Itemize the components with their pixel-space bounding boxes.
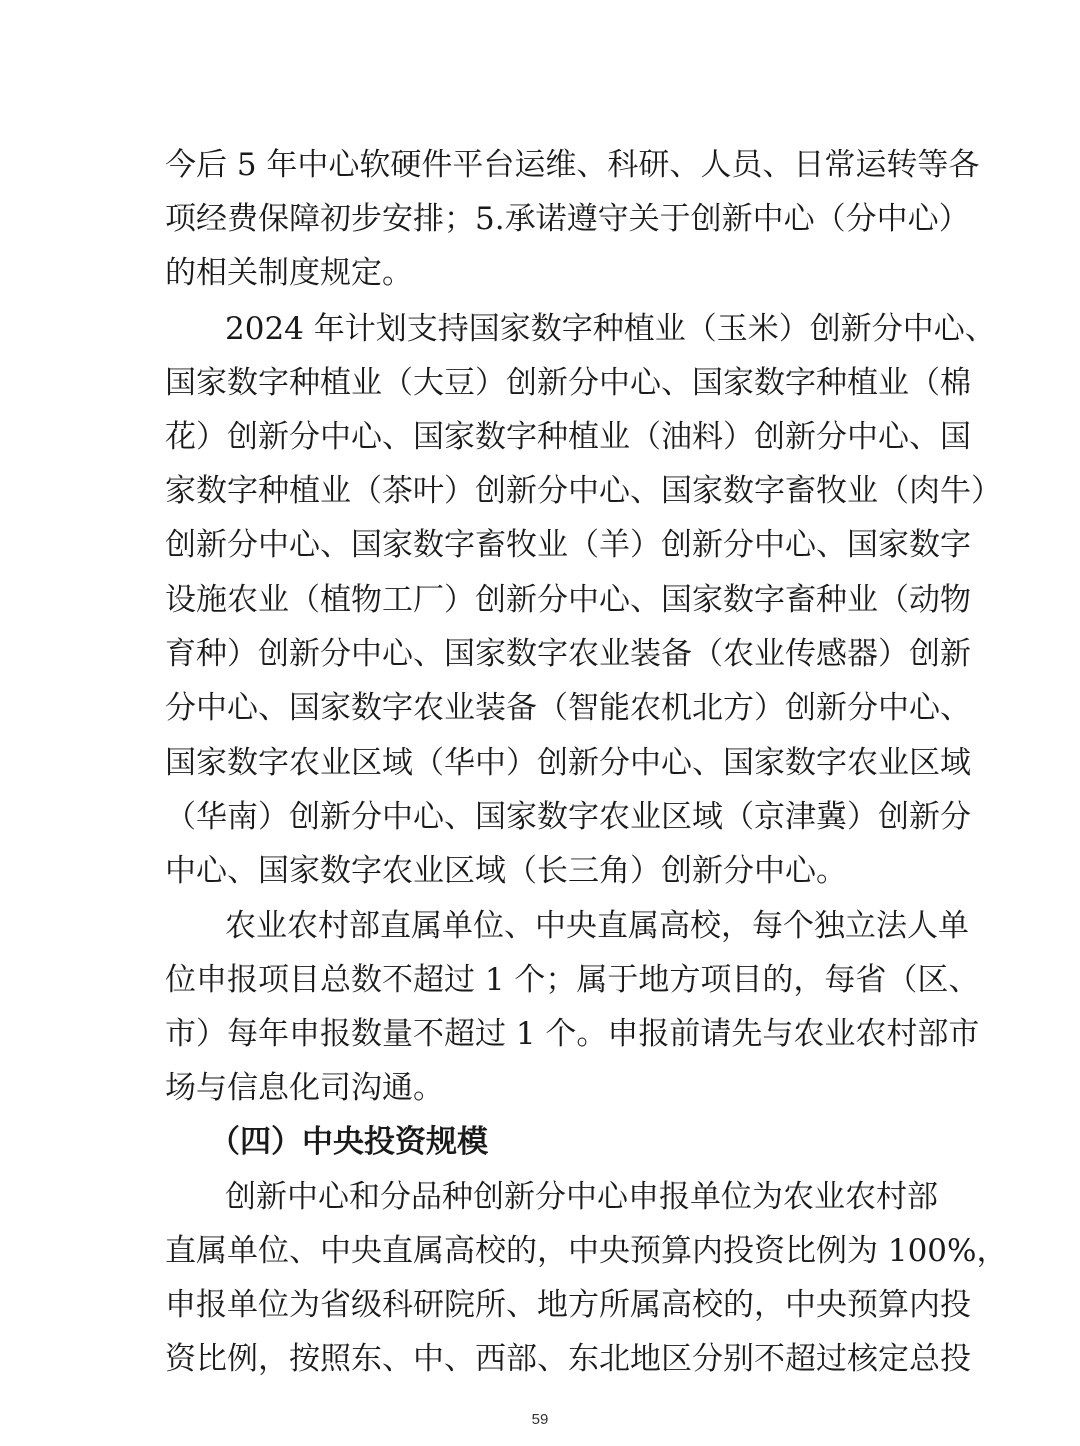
paragraph-line: 国家数字农业区域（华中）创新分中心、国家数字农业区域 xyxy=(165,743,917,783)
paragraph-line: 市）每年申报数量不超过 1 个。申报前请先与农业农村部市 xyxy=(165,1014,917,1054)
paragraph-line: （华南）创新分中心、国家数字农业区域（京津冀）创新分 xyxy=(165,797,917,837)
paragraph-line: 场与信息化司沟通。 xyxy=(165,1068,917,1108)
paragraph-line: 的相关制度规定。 xyxy=(165,253,917,293)
paragraph-line: 设施农业（植物工厂）创新分中心、国家数字畜种业（动物 xyxy=(165,580,917,620)
paragraph-line: 农业农村部直属单位、中央直属高校，每个独立法人单 xyxy=(225,906,917,946)
paragraph-line: 家数字种植业（茶叶）创新分中心、国家数字畜牧业（肉牛） xyxy=(165,471,917,511)
paragraph-line: 申报单位为省级科研院所、地方所属高校的，中央预算内投 xyxy=(165,1285,917,1325)
page-number: 59 xyxy=(0,1411,1080,1428)
section-heading: （四）中央投资规模 xyxy=(209,1122,901,1162)
document-page: 今后 5 年中心软硬件平台运维、科研、人员、日常运转等各 项经费保障初步安排；5… xyxy=(0,0,1080,1446)
paragraph-line: 资比例，按照东、中、西部、东北地区分别不超过核定总投 xyxy=(165,1339,917,1379)
paragraph-line: 2024 年计划支持国家数字种植业（玉米）创新分中心、 xyxy=(225,309,917,349)
paragraph-line: 分中心、国家数字农业装备（智能农机北方）创新分中心、 xyxy=(165,688,917,728)
paragraph-line: 创新分中心、国家数字畜牧业（羊）创新分中心、国家数字 xyxy=(165,525,917,565)
paragraph-line: 直属单位、中央直属高校的，中央预算内投资比例为 100%， xyxy=(165,1231,917,1271)
paragraph-line: 中心、国家数字农业区域（长三角）创新分中心。 xyxy=(165,851,917,891)
paragraph-line: 项经费保障初步安排；5.承诺遵守关于创新中心（分中心） xyxy=(165,199,917,239)
paragraph-line: 今后 5 年中心软硬件平台运维、科研、人员、日常运转等各 xyxy=(165,145,917,185)
paragraph-line: 创新中心和分品种创新分中心申报单位为农业农村部 xyxy=(225,1177,917,1217)
paragraph-line: 位申报项目总数不超过 1 个；属于地方项目的，每省（区、 xyxy=(165,960,917,1000)
paragraph-line: 育种）创新分中心、国家数字农业装备（农业传感器）创新 xyxy=(165,634,917,674)
paragraph-line: 花）创新分中心、国家数字种植业（油料）创新分中心、国 xyxy=(165,417,917,457)
paragraph-line: 国家数字种植业（大豆）创新分中心、国家数字种植业（棉 xyxy=(165,363,917,403)
